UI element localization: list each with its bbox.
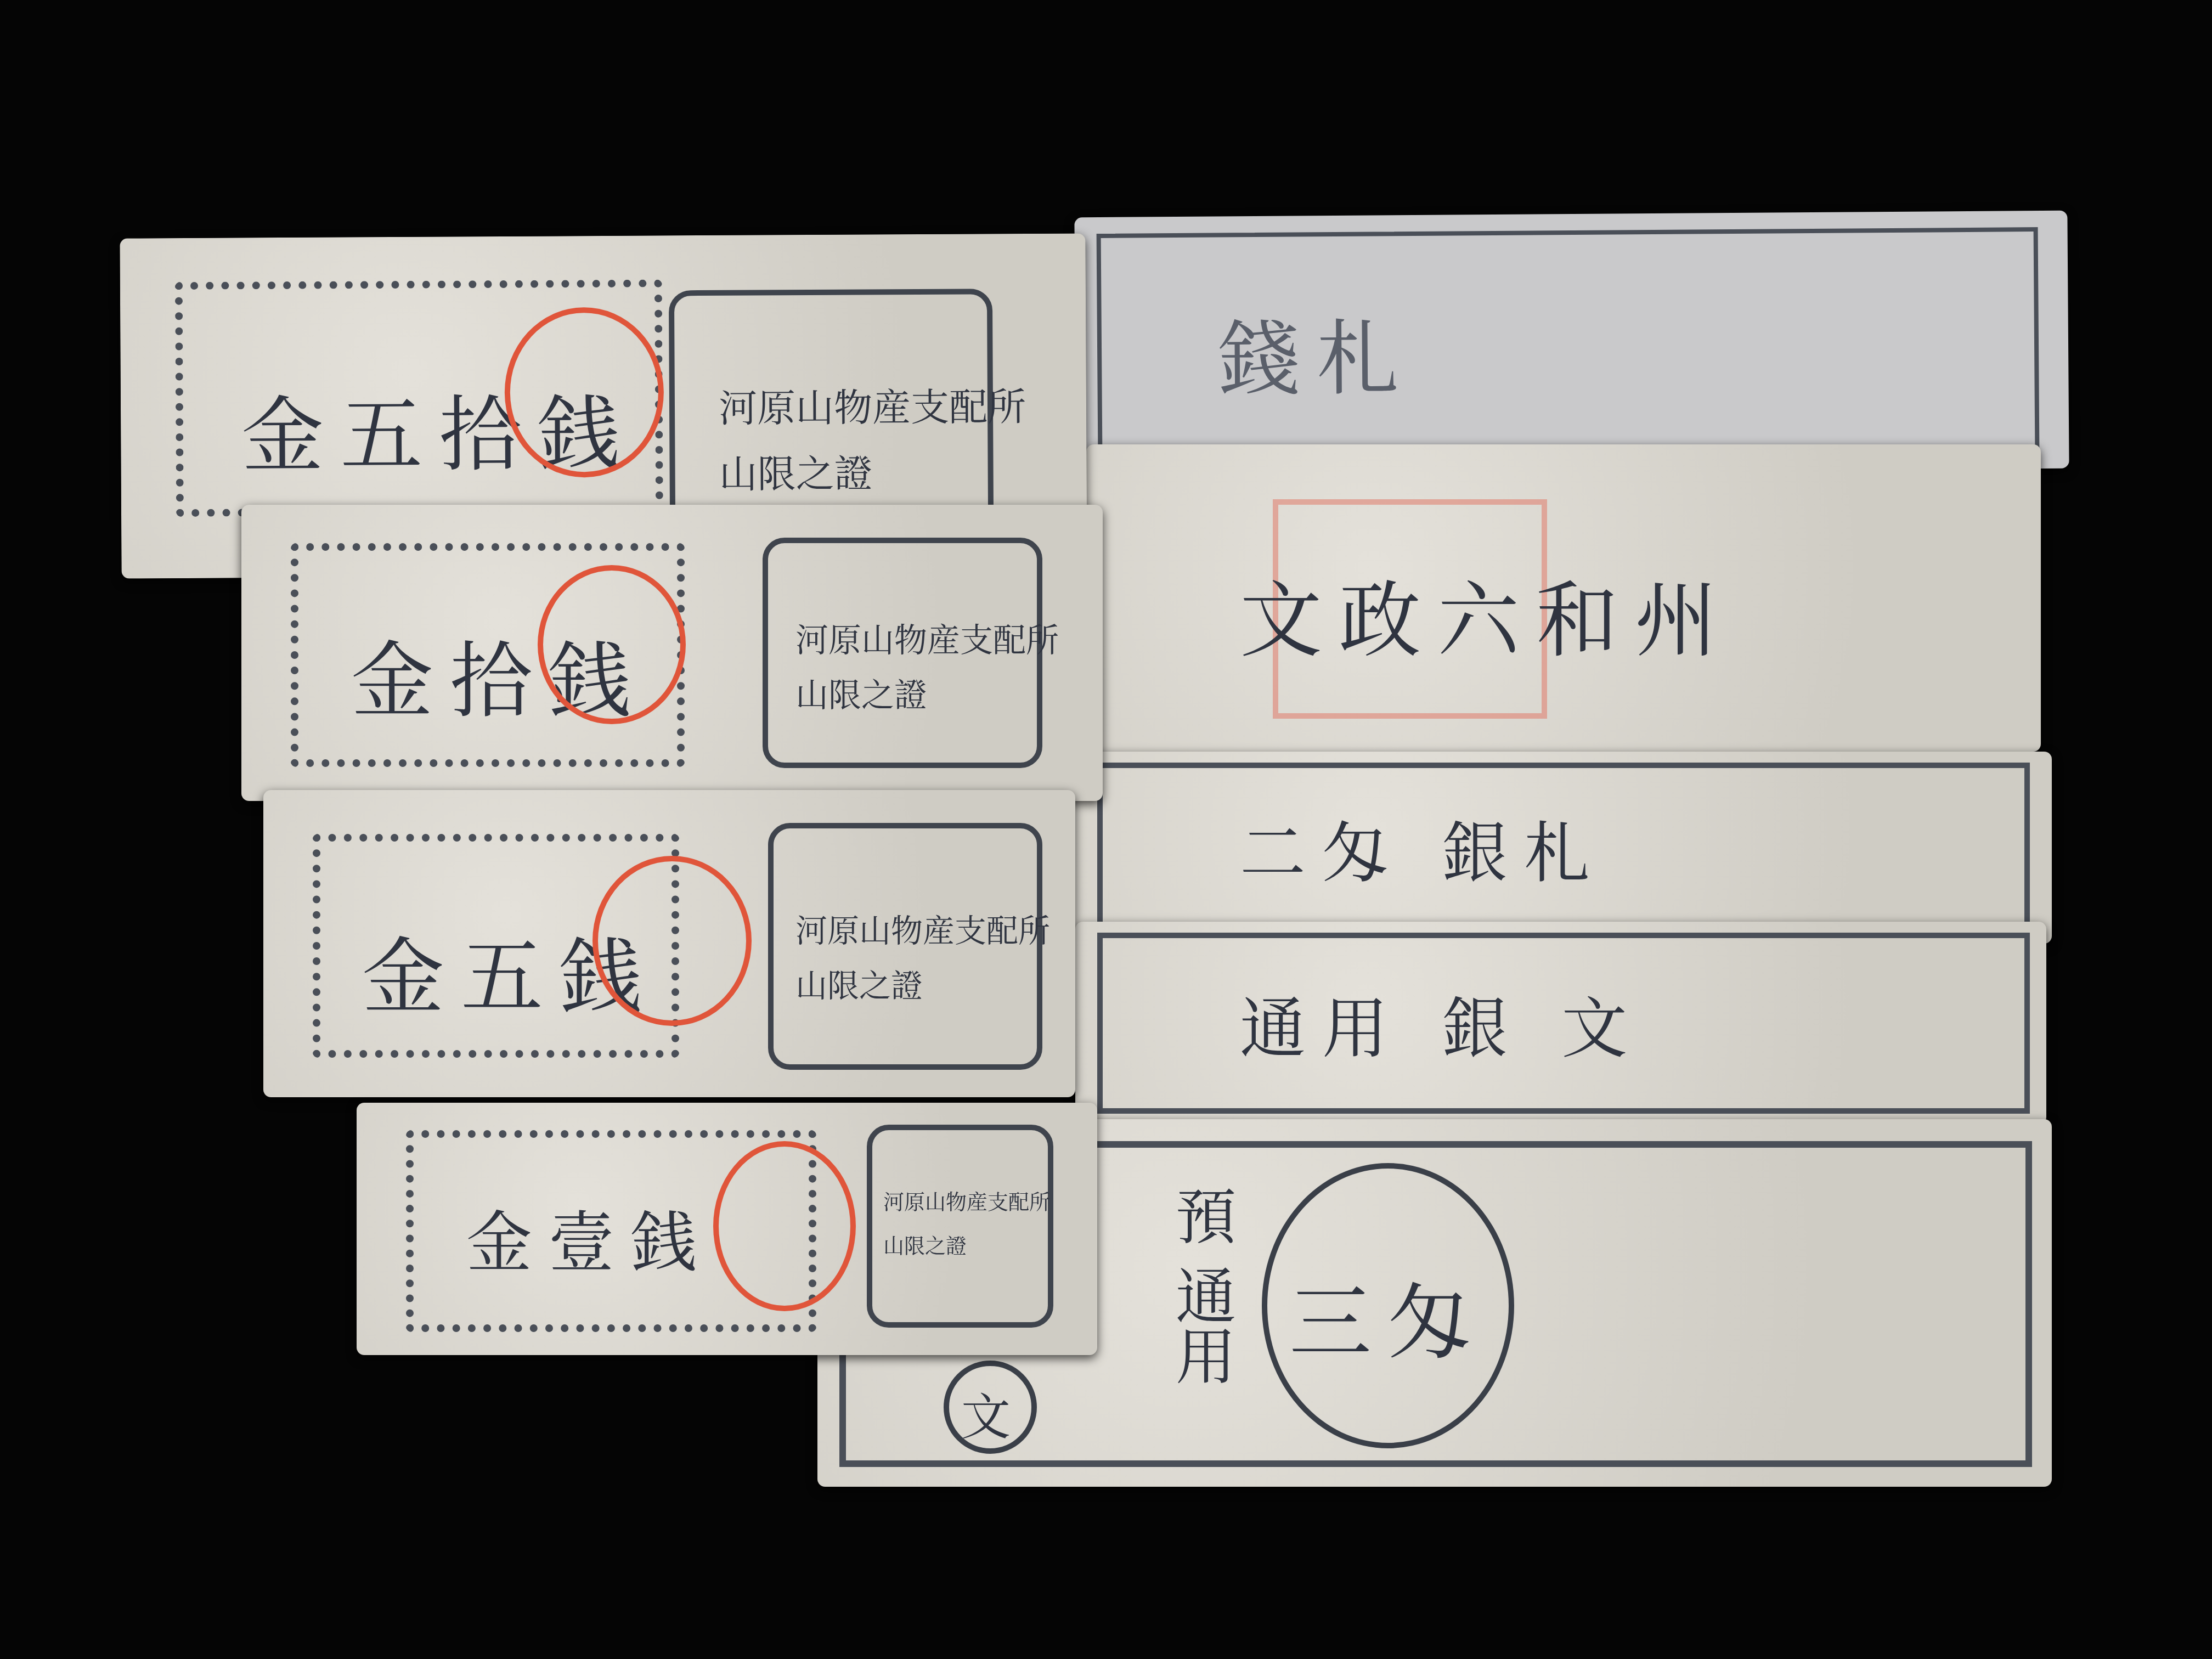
note-text: 二匁 銀札 (1240, 801, 1606, 895)
left-note-3: 金五銭 河原山物産支配所 山限之證 (263, 790, 1075, 1097)
note-line: 山限之證 (719, 443, 873, 499)
mark-text: 文 (961, 1377, 1011, 1448)
right-note-2: 文政六和州 (1086, 444, 2041, 752)
note-text: 通用 銀 文 (1240, 977, 1644, 1071)
right-note-1: 錢札 (1074, 211, 2069, 476)
issuer: 河原山物産支配所 (795, 905, 1050, 951)
side-text: 預 通用 (1158, 1185, 1244, 1385)
red-seal (592, 856, 752, 1026)
denomination: 金壹銭 (466, 1190, 713, 1285)
issuer: 河原山物産支配所 (719, 376, 1026, 433)
red-seal (504, 307, 664, 478)
right-note-3: 二匁 銀札 (1075, 752, 2052, 944)
cartouche (867, 1125, 1053, 1328)
right-note-4: 通用 銀 文 (1075, 922, 2046, 1125)
note-line: 山限之證 (883, 1229, 967, 1259)
issuer: 河原山物産支配所 (795, 614, 1059, 662)
left-note-2: 金拾銭 河原山物産支配所 山限之證 (241, 505, 1103, 801)
left-note-4: 金壹銭 河原山物産支配所 山限之證 (357, 1103, 1097, 1355)
note-line: 山限之證 (795, 960, 923, 1006)
note-text: 錢札 (1217, 292, 1416, 412)
note-text: 文政六和州 (1240, 554, 1734, 673)
red-seal (713, 1141, 856, 1311)
denomination: 三匁 (1289, 1256, 1487, 1375)
note-line: 山限之證 (795, 669, 927, 716)
red-seal (538, 565, 686, 724)
issuer: 河原山物産支配所 (883, 1185, 1050, 1215)
